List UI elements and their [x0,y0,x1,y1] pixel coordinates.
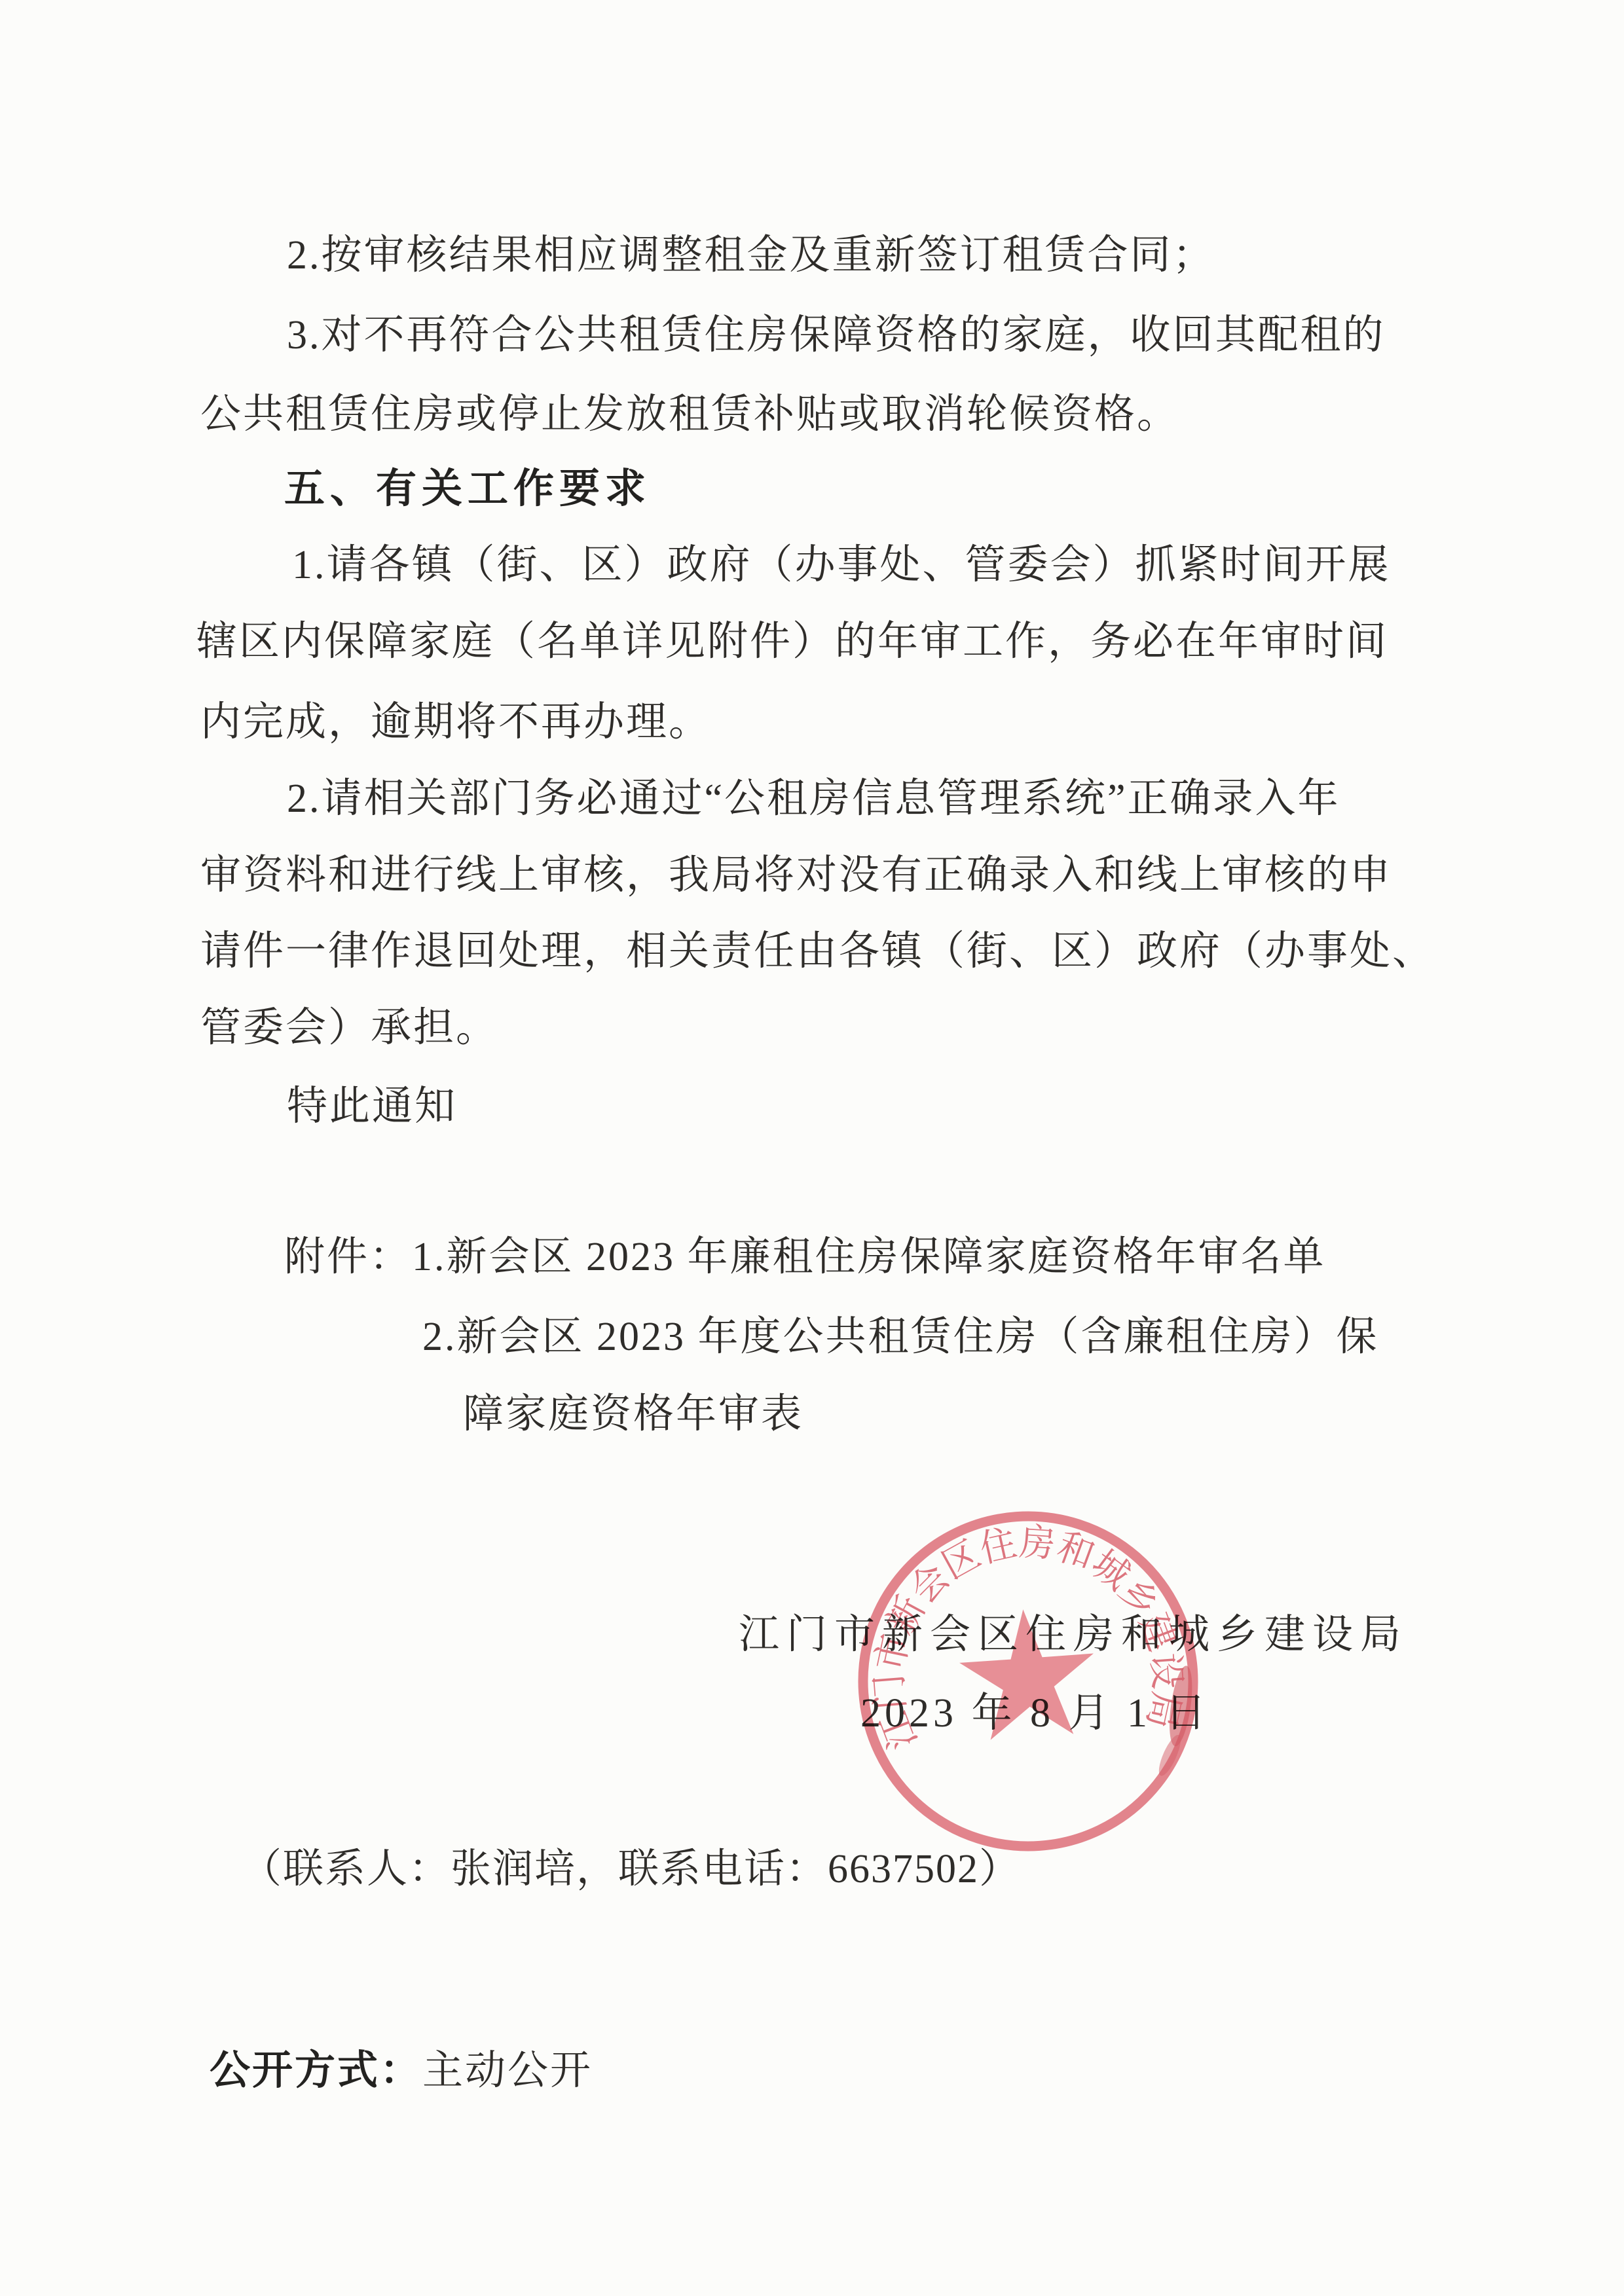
disclosure-value: 主动公开 [422,2049,593,2093]
body-line-req2-3: 请件一律作退回处理，相关责任由各镇（街、区）政府（办事处、 [200,928,1435,974]
body-line-item3-2: 公共租赁住房或停止发放租赁补贴或取消轮候资格。 [200,392,1179,437]
closing-phrase: 特此通知 [287,1084,457,1129]
body-line-item3-1: 3.对不再符合公共租赁住房保障资格的家庭，收回其配租的 [287,312,1386,358]
disclosure-label: 公开方式： [210,2048,422,2093]
seal-star [956,1605,1099,1741]
attachment-line-1: 附件：1.新会区 2023 年廉租住房保障家庭资格年审名单 [284,1234,1326,1280]
body-line-req1-1: 1.请各镇（街、区）政府（办事处、管委会）抓紧时间开展 [292,542,1391,588]
attachments-label: 附件： [284,1235,412,1279]
body-line-req2-1: 2.请相关部门务必通过“公租房信息管理系统”正确录入年 [287,776,1340,822]
attachment-line-3: 障家庭资格年审表 [463,1391,803,1437]
document-page: 2.按审核结果相应调整租金及重新签订租赁合同； 3.对不再符合公共租赁住房保障资… [0,0,1624,2296]
disclosure-line: 公开方式：主动公开 [210,2048,593,2094]
body-line-req2-4: 管委会）承担。 [200,1005,498,1051]
body-line-req2-2: 审资料和进行线上审核，我局将对没有正确录入和线上审核的申 [200,852,1392,898]
body-line-item2: 2.按审核结果相应调整租金及重新签订租赁合同； [287,232,1215,278]
body-line-req1-2: 辖区内保障家庭（名单详见附件）的年审工作，务必在年审时间 [196,619,1388,665]
body-line-req1-3: 内完成，逾期将不再办理。 [200,699,711,745]
attachment-item-1: 1.新会区 2023 年廉租住房保障家庭资格年审名单 [412,1235,1326,1279]
attachment-line-2: 2.新会区 2023 年度公共租赁住房（含廉租住房）保 [422,1314,1379,1360]
official-seal-stamp: 江门市新会区住房和城乡建设局 [843,1497,1213,1866]
section-heading: 五、有关工作要求 [284,466,651,512]
